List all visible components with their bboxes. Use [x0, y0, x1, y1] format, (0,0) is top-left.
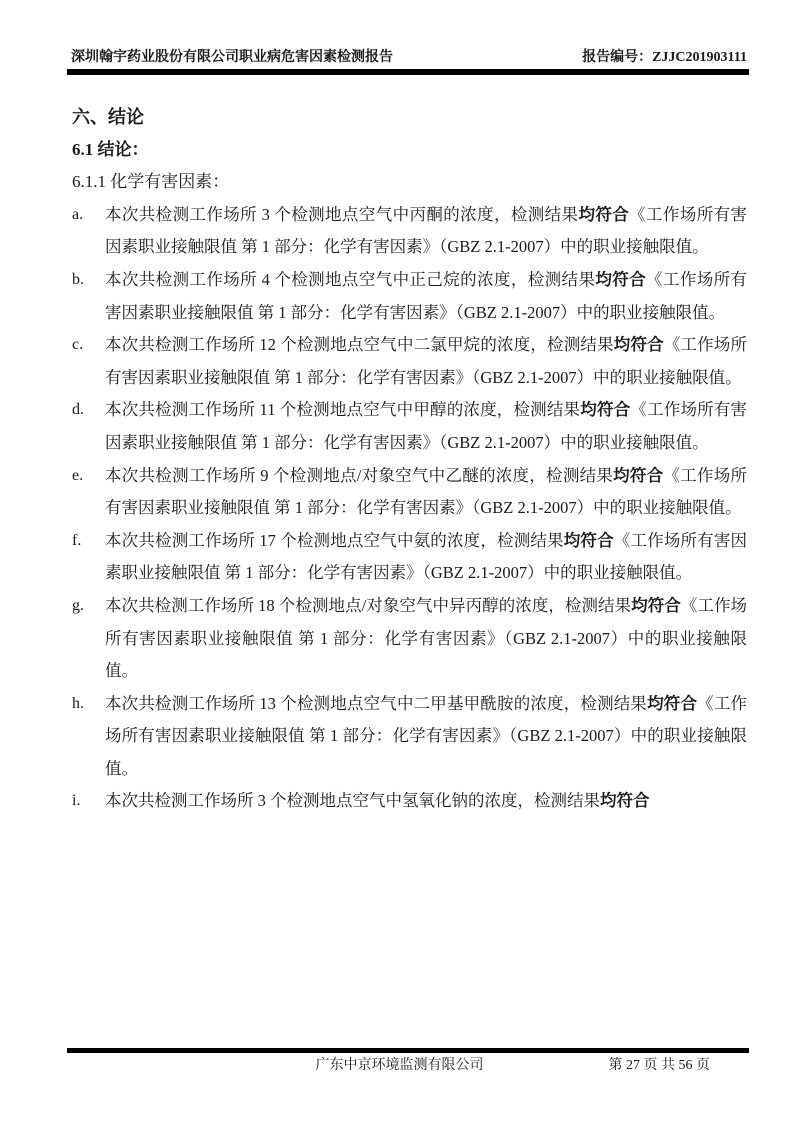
item-label: f. [72, 525, 105, 590]
footer-row: 广东中京环境监测有限公司 第 27 页 共 56 页 [72, 1057, 747, 1077]
emphasis-text: 均符合 [613, 466, 663, 485]
body-text: 本次共检测工作场所 3 个检测地点空气中丙酮的浓度，检测结果 [105, 205, 578, 224]
conclusion-list: a. 本次共检测工作场所 3 个检测地点空气中丙酮的浓度，检测结果均符合《工作场… [72, 199, 747, 818]
body-text: 本次共检测工作场所 17 个检测地点空气中氨的浓度，检测结果 [105, 531, 564, 550]
item-text: 本次共检测工作场所 9 个检测地点/对象空气中乙醚的浓度，检测结果均符合《工作场… [105, 460, 747, 525]
item-label: a. [72, 199, 105, 264]
body-text: 本次共检测工作场所 13 个检测地点空气中二甲基甲酰胺的浓度，检测结果 [105, 694, 647, 713]
body-text: 本次共检测工作场所 11 个检测地点空气中甲醇的浓度，检测结果 [105, 400, 580, 419]
item-label: i. [72, 785, 105, 818]
item-label: e. [72, 460, 105, 525]
list-item: g. 本次共检测工作场所 18 个检测地点/对象空气中异丙醇的浓度，检测结果均符… [72, 590, 747, 688]
item-text: 本次共检测工作场所 12 个检测地点空气中二氯甲烷的浓度，检测结果均符合《工作场… [105, 329, 747, 394]
item-text: 本次共检测工作场所 11 个检测地点空气中甲醇的浓度，检测结果均符合《工作场所有… [105, 394, 747, 459]
list-item: a. 本次共检测工作场所 3 个检测地点空气中丙酮的浓度，检测结果均符合《工作场… [72, 199, 747, 264]
item-label: h. [72, 688, 105, 786]
section-title: 六、结论 [72, 101, 747, 134]
item-label: g. [72, 590, 105, 688]
list-item: f. 本次共检测工作场所 17 个检测地点空气中氨的浓度，检测结果均符合《工作场… [72, 525, 747, 590]
list-item: e. 本次共检测工作场所 9 个检测地点/对象空气中乙醚的浓度，检测结果均符合《… [72, 460, 747, 525]
report-body: 六、结论 6.1 结论： 6.1.1 化学有害因素： a. 本次共检测工作场所 … [72, 75, 747, 818]
emphasis-text: 均符合 [564, 531, 614, 550]
list-item: d. 本次共检测工作场所 11 个检测地点空气中甲醇的浓度，检测结果均符合《工作… [72, 394, 747, 459]
body-text: 本次共检测工作场所 3 个检测地点空气中氢氧化钠的浓度，检测结果 [105, 791, 600, 810]
item-text: 本次共检测工作场所 3 个检测地点空气中丙酮的浓度，检测结果均符合《工作场所有害… [105, 199, 747, 264]
emphasis-text: 均符合 [578, 205, 629, 224]
footer-rule [67, 1048, 749, 1053]
emphasis-text: 均符合 [647, 694, 697, 713]
page-footer: 广东中京环境监测有限公司 第 27 页 共 56 页 [0, 1048, 800, 1077]
body-text: 本次共检测工作场所 9 个检测地点/对象空气中乙醚的浓度，检测结果 [105, 466, 613, 485]
body-text: 本次共检测工作场所 12 个检测地点空气中二氯甲烷的浓度，检测结果 [105, 335, 614, 354]
emphasis-text: 均符合 [631, 596, 681, 615]
header-report-number: 报告编号：ZJJC201903111 [582, 49, 747, 66]
footer-page-indicator: 第 27 页 共 56 页 [609, 1057, 711, 1075]
item-text: 本次共检测工作场所 13 个检测地点空气中二甲基甲酰胺的浓度，检测结果均符合《工… [105, 688, 747, 786]
emphasis-text: 均符合 [595, 270, 646, 289]
emphasis-text: 均符合 [580, 400, 630, 419]
report-page: 深圳翰宇药业股份有限公司职业病危害因素检测报告 报告编号：ZJJC2019031… [0, 0, 800, 1131]
header-report-title: 深圳翰宇药业股份有限公司职业病危害因素检测报告 [71, 49, 393, 66]
section-subsubtitle: 6.1.1 化学有害因素： [72, 166, 747, 199]
item-label: d. [72, 394, 105, 459]
emphasis-text: 均符合 [614, 335, 664, 354]
page-header: 深圳翰宇药业股份有限公司职业病危害因素检测报告 报告编号：ZJJC2019031… [71, 49, 747, 66]
item-text: 本次共检测工作场所 3 个检测地点空气中氢氧化钠的浓度，检测结果均符合 [105, 785, 747, 818]
emphasis-text: 均符合 [600, 791, 650, 810]
list-item: b. 本次共检测工作场所 4 个检测地点空气中正己烷的浓度，检测结果均符合《工作… [72, 264, 747, 329]
item-text: 本次共检测工作场所 17 个检测地点空气中氨的浓度，检测结果均符合《工作场所有害… [105, 525, 747, 590]
item-text: 本次共检测工作场所 18 个检测地点/对象空气中异丙醇的浓度，检测结果均符合《工… [105, 590, 747, 688]
item-label: b. [72, 264, 105, 329]
item-label: c. [72, 329, 105, 394]
list-item: c. 本次共检测工作场所 12 个检测地点空气中二氯甲烷的浓度，检测结果均符合《… [72, 329, 747, 394]
list-item: h. 本次共检测工作场所 13 个检测地点空气中二甲基甲酰胺的浓度，检测结果均符… [72, 688, 747, 786]
item-text: 本次共检测工作场所 4 个检测地点空气中正己烷的浓度，检测结果均符合《工作场所有… [105, 264, 747, 329]
section-subtitle: 6.1 结论： [72, 134, 747, 167]
list-item: i. 本次共检测工作场所 3 个检测地点空气中氢氧化钠的浓度，检测结果均符合 [72, 785, 747, 818]
body-text: 本次共检测工作场所 18 个检测地点/对象空气中异丙醇的浓度，检测结果 [105, 596, 631, 615]
body-text: 本次共检测工作场所 4 个检测地点空气中正己烷的浓度，检测结果 [105, 270, 595, 289]
